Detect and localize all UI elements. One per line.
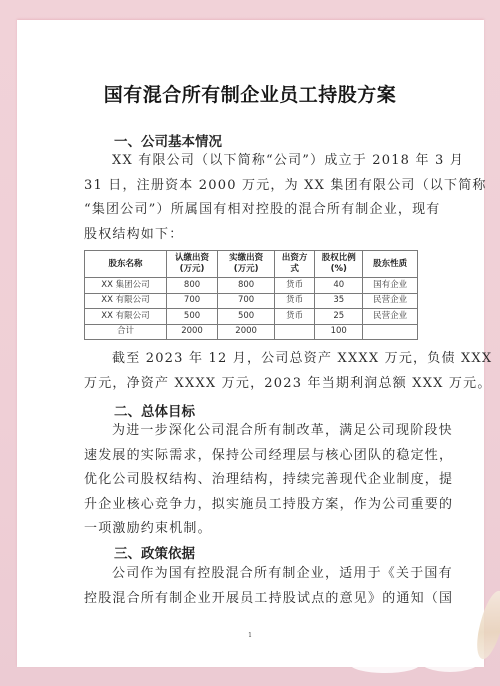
cell-subscribed: 500	[166, 309, 217, 325]
cell-paid: 700	[218, 293, 275, 309]
text-line: 股权结构如下：	[84, 223, 420, 248]
column-header-ratio: 股权比例(%)	[315, 251, 363, 278]
column-header-shareholder: 股东名称	[85, 251, 167, 278]
table-row: XX 有限公司 700 700 货币 35 民营企业	[85, 293, 418, 309]
cell-shareholder: XX 集团公司	[85, 278, 167, 294]
cell-shareholder: XX 有限公司	[85, 309, 167, 325]
text-line: 截至 2023 年 12 月，公司总资产 XXXX 万元，负债 XXX	[84, 347, 420, 372]
text-line: 万元，净资产 XXXX 万元，2023 年当期利润总额 XXX 万元。	[84, 372, 420, 397]
cell-ratio: 25	[315, 309, 363, 325]
section-heading-company-info: 一、公司基本情况	[114, 130, 222, 150]
cell-nature	[363, 324, 418, 340]
cell-ratio: 100	[315, 324, 363, 340]
cell-nature: 民营企业	[363, 309, 418, 325]
table-row: XX 有限公司 500 500 货币 25 民营企业	[85, 309, 418, 325]
table-row: XX 集团公司 800 800 货币 40 国有企业	[85, 278, 418, 294]
cell-nature: 民营企业	[363, 293, 418, 309]
text-line: 为进一步深化公司混合所有制改革，满足公司现阶段快	[84, 419, 420, 444]
cell-nature: 国有企业	[363, 278, 418, 294]
paragraph-financials: 截至 2023 年 12 月，公司总资产 XXXX 万元，负债 XXX 万元，净…	[84, 347, 420, 396]
section-heading-objectives: 二、总体目标	[114, 400, 195, 420]
table-header-row: 股东名称 认缴出资(万元) 实缴出资(万元) 出资方式 股权比例(%) 股东性质	[85, 251, 418, 278]
column-header-subscribed: 认缴出资(万元)	[166, 251, 217, 278]
cell-ratio: 40	[315, 278, 363, 294]
text-line: 升企业核心竞争力，拟实施员工持股方案，作为公司重要的	[84, 493, 420, 518]
table-total-row: 合计 2000 2000 100	[85, 324, 418, 340]
text-line: 公司作为国有控股混合所有制企业，适用于《关于国有	[84, 562, 420, 587]
cell-method: 货币	[275, 278, 315, 294]
cell-paid: 2000	[218, 324, 275, 340]
cell-method: 货币	[275, 309, 315, 325]
text-line: 一项激励约束机制。	[84, 517, 420, 542]
cell-method	[275, 324, 315, 340]
text-line: “集团公司”）所属国有相对控股的混合所有制企业，现有	[84, 198, 420, 223]
cell-shareholder: XX 有限公司	[85, 293, 167, 309]
text-line: 优化公司股权结构、治理结构，持续完善现代企业制度，提	[84, 468, 420, 493]
section-heading-policy-basis: 三、政策依据	[114, 542, 195, 562]
cell-method: 货币	[275, 293, 315, 309]
cell-paid: 800	[218, 278, 275, 294]
text-line: XX 有限公司（以下简称“公司”）成立于 2018 年 3 月	[84, 149, 420, 174]
text-line: 控股混合所有制企业开展员工持股试点的意见》的通知（国	[84, 587, 420, 612]
document-title: 国有混合所有制企业员工持股方案	[0, 80, 500, 107]
cell-ratio: 35	[315, 293, 363, 309]
paragraph-policy-basis: 公司作为国有控股混合所有制企业，适用于《关于国有 控股混合所有制企业开展员工持股…	[84, 562, 420, 611]
page-number: 1	[0, 632, 500, 639]
paragraph-objectives: 为进一步深化公司混合所有制改革，满足公司现阶段快 速发展的实际需求，保持公司经理…	[84, 419, 420, 542]
column-header-method: 出资方式	[275, 251, 315, 278]
paragraph-company-intro: XX 有限公司（以下简称“公司”）成立于 2018 年 3 月 31 日，注册资…	[84, 149, 420, 247]
column-header-nature: 股东性质	[363, 251, 418, 278]
cell-shareholder: 合计	[85, 324, 167, 340]
equity-structure-table: 股东名称 认缴出资(万元) 实缴出资(万元) 出资方式 股权比例(%) 股东性质…	[84, 250, 418, 340]
decorative-petal	[350, 655, 420, 673]
decorative-petal	[420, 650, 480, 672]
cell-subscribed: 800	[166, 278, 217, 294]
text-line: 31 日，注册资本 2000 万元，为 XX 集团有限公司（以下简称	[84, 174, 420, 199]
column-header-paid: 实缴出资(万元)	[218, 251, 275, 278]
cell-paid: 500	[218, 309, 275, 325]
text-line: 速发展的实际需求，保持公司经理层与核心团队的稳定性，	[84, 444, 420, 469]
cell-subscribed: 700	[166, 293, 217, 309]
cell-subscribed: 2000	[166, 324, 217, 340]
